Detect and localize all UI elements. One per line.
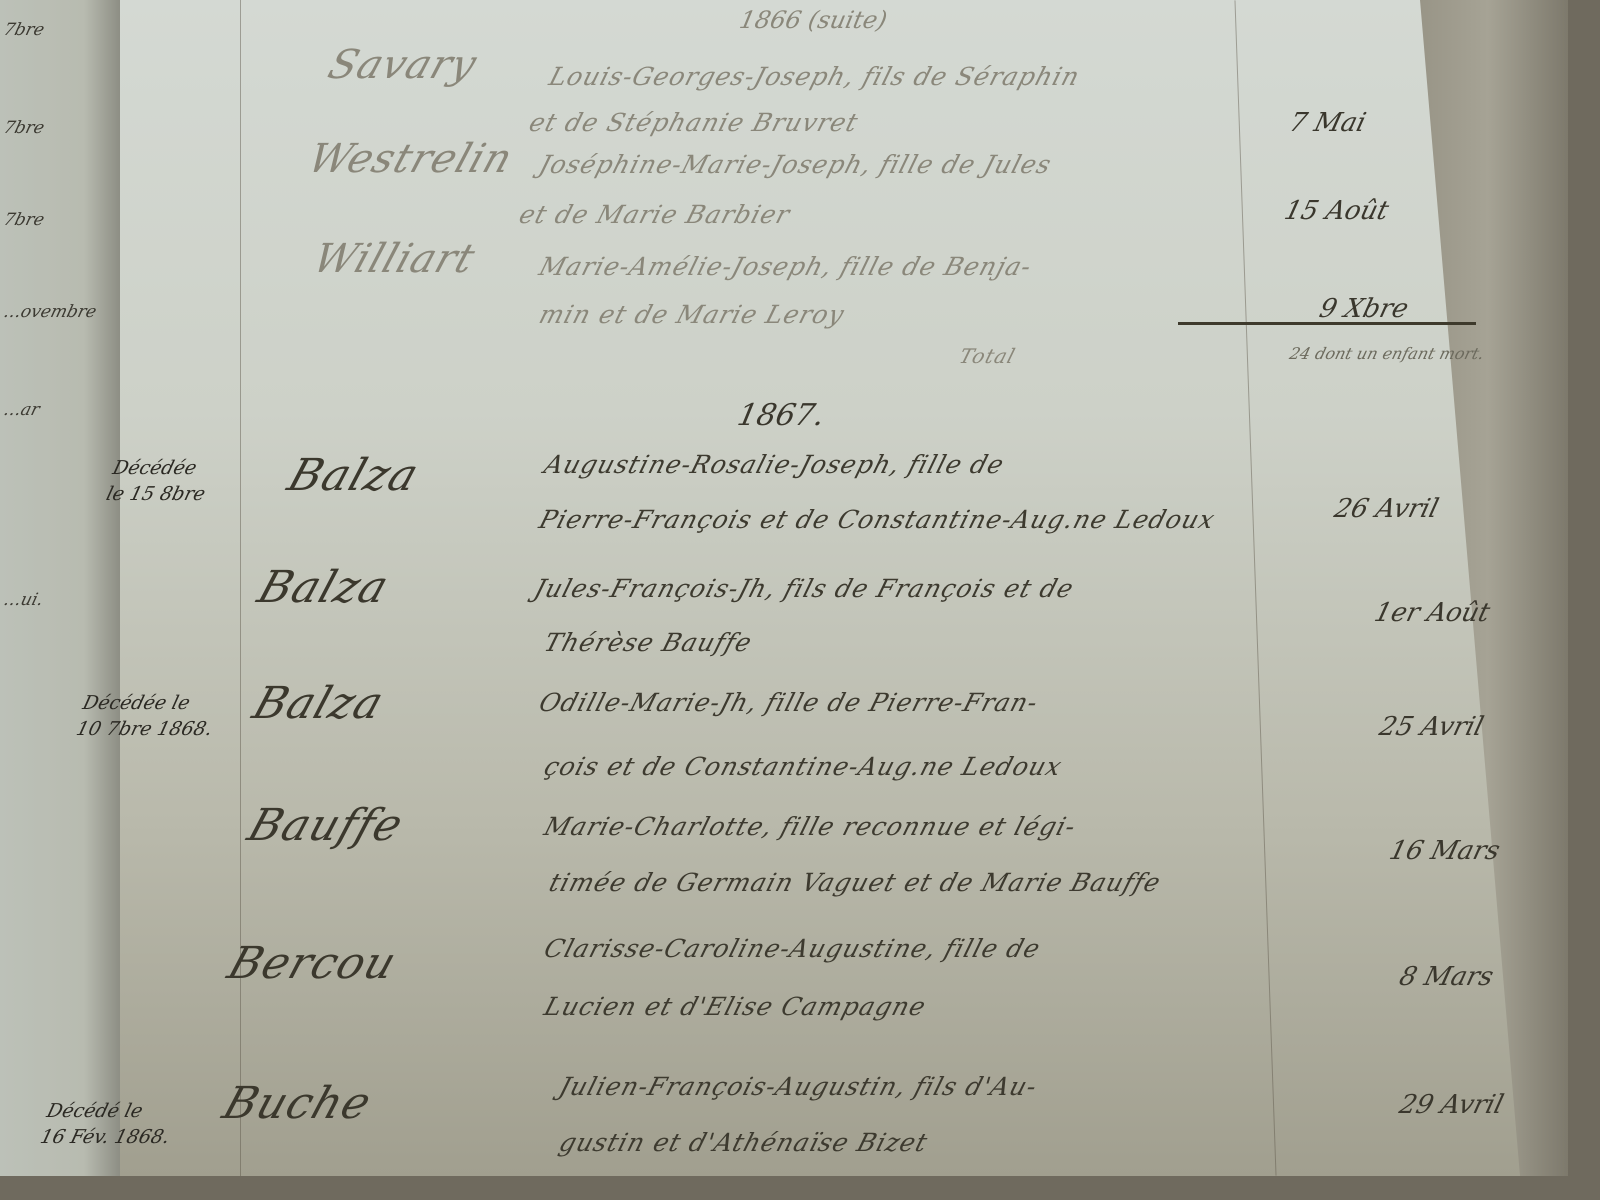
- entry-line: et de Marie Barbier: [516, 200, 794, 229]
- margin-note: Décédée le 15 8bre: [104, 455, 215, 507]
- entry-date: 8 Mars: [1396, 962, 1496, 992]
- total-label: Total: [957, 344, 1019, 368]
- margin-note-line: 16 Fév. 1868.: [38, 1124, 173, 1150]
- entry-line: Pierre-François et de Constantine-Aug.ne…: [536, 505, 1219, 534]
- entry-date: 16 Mars: [1386, 836, 1503, 866]
- entry-line: Louis-Georges-Joseph, fils de Séraphin: [546, 62, 1084, 91]
- entry-line: et de Stéphanie Bruvret: [526, 108, 862, 137]
- entry-line: Lucien et d'Elise Campagne: [541, 992, 930, 1021]
- left-page-fragment: …ar: [2, 400, 42, 420]
- entry-line: çois et de Constantine-Aug.ne Ledoux: [541, 752, 1066, 781]
- entry-line: Odille-Marie-Jh, fille de Pierre-Fran-: [536, 688, 1042, 717]
- entry-line: min et de Marie Leroy: [536, 300, 848, 329]
- entry-surname: Balza: [247, 678, 391, 729]
- entry-surname: Westrelin: [303, 136, 519, 182]
- entry-line: timée de Germain Vaguet et de Marie Bauf…: [546, 868, 1165, 897]
- left-page-fragment: 7bre: [2, 20, 47, 40]
- entry-surname: Buche: [217, 1078, 378, 1129]
- section-heading-1866: 1866 (suite): [737, 6, 890, 34]
- entry-line: Augustine-Rosalie-Joseph, fille de: [541, 450, 1008, 479]
- total-note: 24 dont un enfant mort.: [1288, 344, 1487, 363]
- entry-line: gustin et d'Athénaïse Bizet: [556, 1128, 932, 1157]
- entry-line: Joséphine-Marie-Joseph, fille de Jules: [536, 150, 1055, 179]
- margin-note-line: le 15 8bre: [104, 481, 209, 507]
- entry-surname: Bercou: [222, 938, 403, 989]
- margin-note-line: Décédé le: [44, 1098, 179, 1124]
- entry-line: Marie-Charlotte, fille reconnue et légi-: [541, 812, 1080, 841]
- entry-surname: Balza: [252, 562, 396, 613]
- entry-date: 26 Avril: [1331, 494, 1441, 524]
- entry-date: 15 Août: [1281, 196, 1391, 226]
- entry-line: Clarisse-Caroline-Augustine, fille de: [541, 934, 1044, 963]
- entry-line: Julien-François-Augustin, fils d'Au-: [556, 1072, 1041, 1101]
- entry-surname: Savary: [323, 42, 483, 88]
- entry-date: 9 Xbre: [1316, 294, 1411, 324]
- entry-surname: Bauffe: [242, 800, 410, 851]
- left-page-fragment: 7bre: [2, 118, 47, 138]
- entry-line: Thérèse Bauffe: [541, 628, 756, 657]
- entry-surname: Balza: [282, 450, 426, 501]
- margin-note: Décédé le 16 Fév. 1868.: [38, 1098, 180, 1150]
- section-heading-1867: 1867.: [734, 398, 827, 433]
- entry-line: Marie-Amélie-Joseph, fille de Benja-: [536, 252, 1036, 281]
- left-page-fragment: 7bre: [2, 210, 47, 230]
- left-page-fragment: …ovembre: [2, 302, 99, 322]
- entry-date: 7 Mai: [1286, 108, 1369, 138]
- entry-date: 25 Avril: [1376, 712, 1486, 742]
- entry-surname: Williart: [308, 236, 482, 282]
- entry-date: 29 Avril: [1396, 1090, 1506, 1120]
- date-column-rule: [1234, 0, 1276, 1175]
- left-facing-page: 7bre 7bre 7bre …ovembre …ar …ui.: [0, 0, 122, 1176]
- left-page-fragment: …ui.: [2, 590, 46, 610]
- margin-note-line: 10 7bre 1868.: [74, 716, 216, 742]
- entry-line: Jules-François-Jh, fils de François et d…: [531, 574, 1078, 603]
- margin-rule: [240, 0, 241, 1176]
- margin-note-line: Décédée le: [80, 690, 222, 716]
- margin-note-line: Décédée: [110, 455, 215, 481]
- total-underline: [1178, 322, 1476, 325]
- entry-date: 1er Août: [1371, 598, 1493, 628]
- margin-note: Décédée le 10 7bre 1868.: [74, 690, 222, 742]
